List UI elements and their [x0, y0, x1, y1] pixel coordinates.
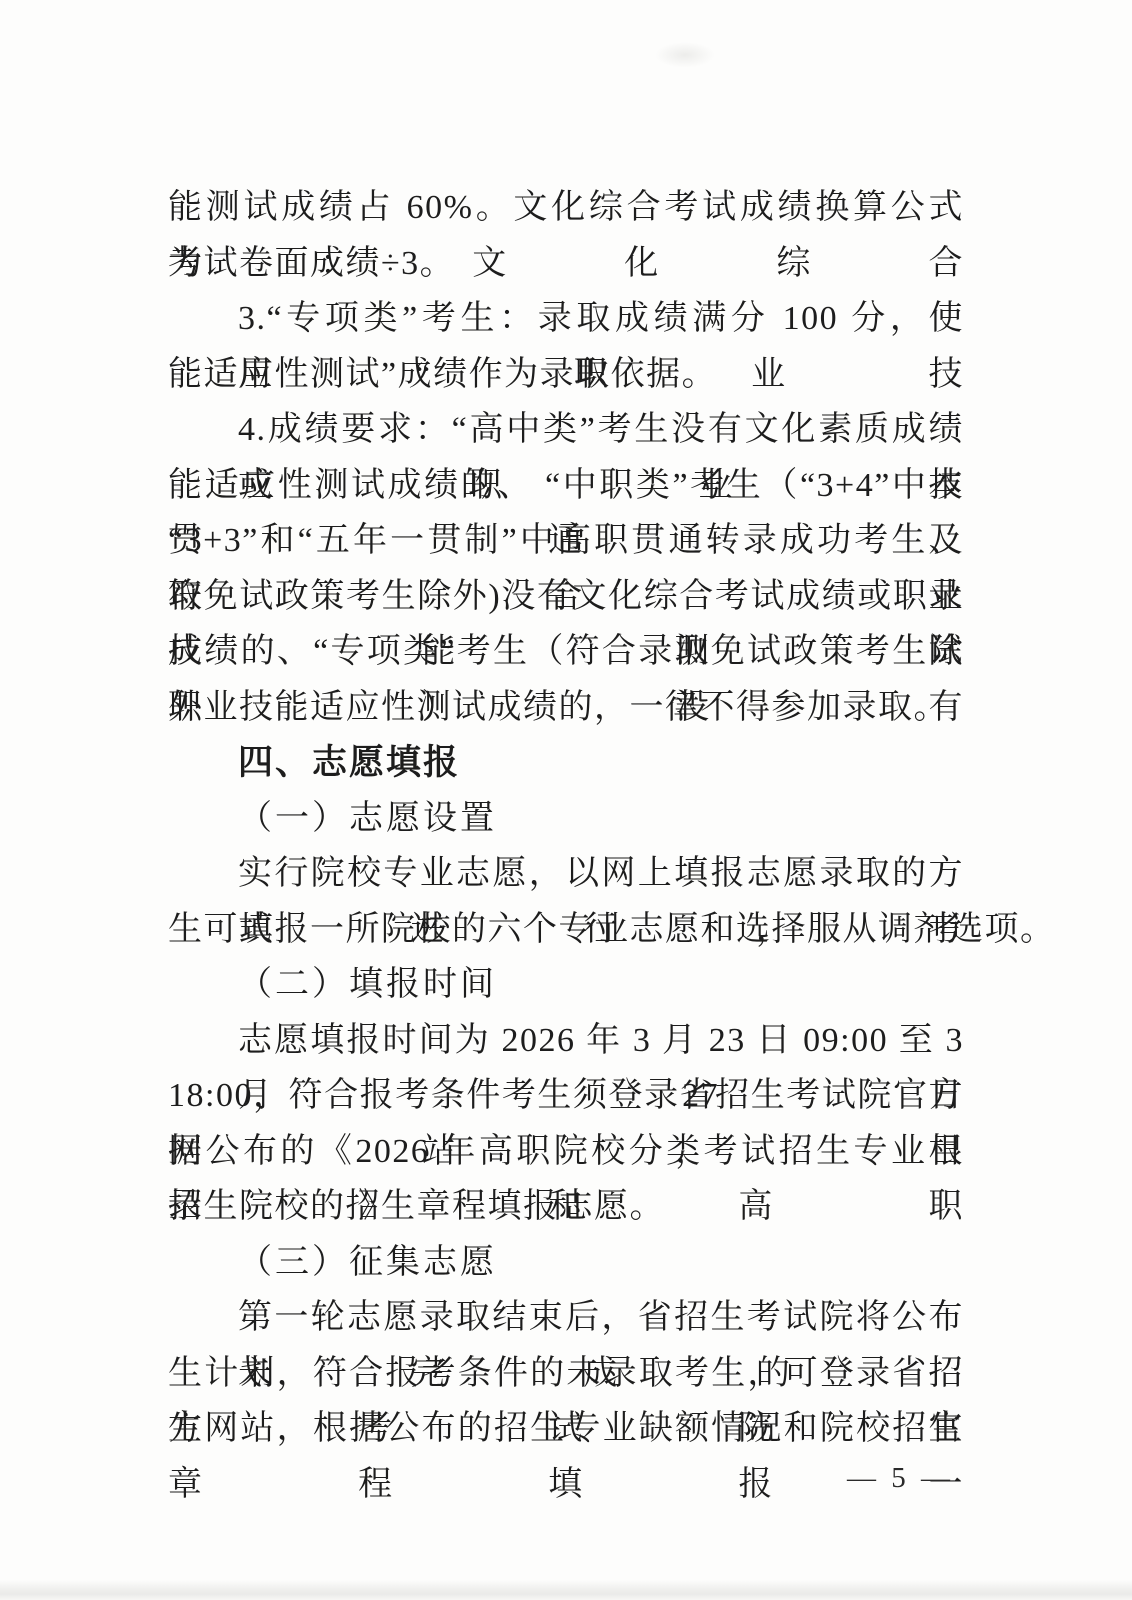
text-line: 职业技能适应性测试成绩的，一律不得参加录取。	[168, 680, 964, 736]
subsection-heading: （三）征集志愿	[168, 1235, 964, 1291]
text-line: 18:00，符合报考条件考生须登录省招生考试院官方网站，根	[168, 1068, 964, 1124]
text-line: 方网站，根据公布的招生专业缺额情况和院校招生章程填报一	[168, 1401, 964, 1457]
text-line: 据公布的《2026 年高职院校分类考试招生专业目录》和高职	[168, 1124, 964, 1180]
text-line: 4.成绩要求：“高中类”考生没有文化素质成绩或职业技	[168, 402, 964, 458]
text-line: 生可填报一所院校的六个专业志愿和选择服从调剂选项。	[168, 902, 964, 958]
text-line: “3+3”和“五年一贯制”中高职贯通转录成功考生及符合录	[168, 513, 964, 569]
text-line: 实行院校专业志愿，以网上填报志愿录取的方式进行，考	[168, 846, 964, 902]
section-heading: 四、志愿填报	[168, 735, 964, 791]
text-line: 成绩的、“专项类”考生（符合录取免试政策考生除外）没有	[168, 624, 964, 680]
text-line: 能测试成绩占 60%。文化综合考试成绩换算公式为：文化综合	[168, 180, 964, 236]
subsection-heading: （一）志愿设置	[168, 791, 964, 847]
scan-artifact-top	[655, 42, 715, 68]
text-line: 生计划，符合报考条件的未录取考生，可登录省招生考试院官	[168, 1346, 964, 1402]
text-line: 志愿填报时间为 2026 年 3 月 23 日 09:00 至 3 月 27 日	[168, 1013, 964, 1069]
text-lines: 能测试成绩占 60%。文化综合考试成绩换算公式为：文化综合考试卷面成绩÷3。3.…	[168, 180, 964, 1457]
text-line: 取免试政策考生除外)没有文化综合考试成绩或职业技能测试	[168, 569, 964, 625]
text-line: 能适应性测试成绩的、 “中职类”考生（“3+4”中本贯通、	[168, 458, 964, 514]
subsection-heading: （二）填报时间	[168, 957, 964, 1013]
text-line: 第一轮志愿录取结束后，省招生考试院将公布未完成的招	[168, 1290, 964, 1346]
text-line: 3.“专项类”考生：录取成绩满分 100 分，使用“职业技	[168, 291, 964, 347]
page-number: — 5 —	[847, 1462, 954, 1495]
document-page: 能测试成绩占 60%。文化综合考试成绩换算公式为：文化综合考试卷面成绩÷3。3.…	[0, 0, 1132, 1600]
scan-artifact-bottom	[0, 1580, 1132, 1600]
